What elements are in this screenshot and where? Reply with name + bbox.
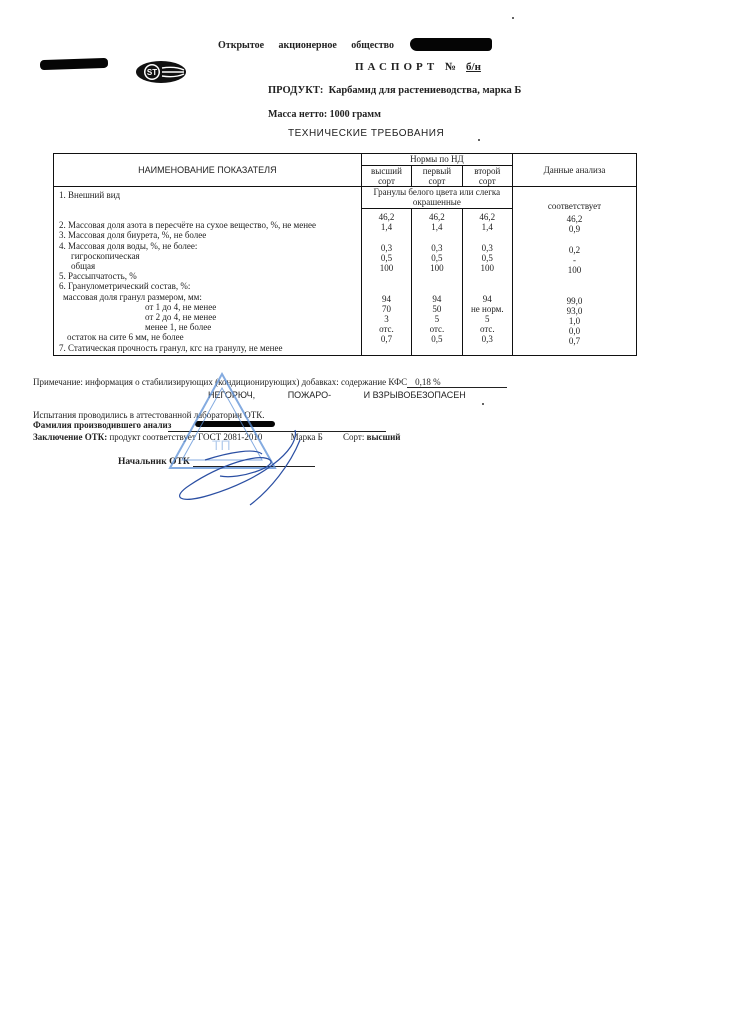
grade2-value: отс. [412, 324, 461, 334]
analysis-value: 46,2 [513, 214, 636, 224]
col-header-norms: Нормы по НД [361, 154, 512, 166]
grade2-value: 0,3 [412, 243, 461, 253]
grade-name: второй [463, 166, 512, 176]
grade1-value [362, 232, 411, 242]
scan-speck [482, 403, 484, 405]
indicator-label: 6. Гранулометрический состав, %: [59, 281, 361, 291]
grade2-value [412, 232, 461, 242]
grade2-value: 1,4 [412, 222, 461, 232]
grade3-value [463, 283, 512, 293]
grade2-value [412, 283, 461, 293]
safety-warning: НЕГОРЮЧ, ПОЖАРО- И ВЗРЫВОБЕЗОПАСЕН [208, 390, 496, 400]
grade-word: сорт [412, 176, 461, 186]
appearance-norm: Гранулы белого цвета или слегка окрашенн… [361, 187, 512, 209]
analysis-value: 93,0 [513, 306, 636, 316]
spacer [59, 200, 361, 220]
section-title: ТЕХНИЧЕСКИЕ ТРЕБОВАНИЯ [288, 128, 444, 139]
note-label: Примечание: информация о стабилизирующих… [33, 377, 407, 387]
grade-word: сорт [463, 176, 512, 186]
tested-text: Испытания проводились в аттестованной ла… [33, 410, 264, 420]
col-header-indicator: НАИМЕНОВАНИЕ ПОКАЗАТЕЛЯ [54, 154, 362, 187]
grade2-value: 0,5 [412, 334, 461, 344]
analyst-label: Фамилия производившего анализ [33, 420, 171, 430]
product-line: ПРОДУКТ: Карбамид для растениеводства, м… [268, 85, 521, 96]
analysis-value [513, 235, 636, 245]
grade1-value: 3 [362, 314, 411, 324]
grade3-value: 100 [463, 263, 512, 273]
col-header-analysis: Данные анализа [512, 154, 636, 187]
indicator-list: 2. Массовая доля азота в пересчёте на су… [59, 220, 361, 353]
grade1-value: 100 [362, 263, 411, 273]
grade-second-values: 46,21,40,30,510094не норм.5отс.0,3 [462, 209, 512, 356]
col-header-grade-top: высшийсорт [361, 166, 411, 187]
indicator-label: 3. Массовая доля биурета, %, не более [59, 230, 361, 240]
grade3-value: 46,2 [463, 212, 512, 222]
chief-label: Начальник ОТК [118, 457, 190, 467]
net-mass: Масса нетто: 1000 грамм [268, 109, 381, 120]
grade1-value: 94 [362, 294, 411, 304]
grade3-value [463, 273, 512, 283]
logo-text: ST [147, 68, 157, 77]
grade2-value: 50 [412, 304, 461, 314]
grade1-value: отс. [362, 324, 411, 334]
passport-label: ПАСПОРТ № [355, 61, 460, 73]
product-name: Карбамид для растениеводства, марка Б [329, 85, 522, 96]
product-label: ПРОДУКТ: [268, 85, 323, 96]
grade-name: высший [362, 166, 411, 176]
analysis-value: 1,0 [513, 316, 636, 326]
analysis-value: 99,0 [513, 296, 636, 306]
grade3-value [463, 232, 512, 242]
grade2-value: 0,5 [412, 253, 461, 263]
grade3-value: 94 [463, 294, 512, 304]
grade2-value: 46,2 [412, 212, 461, 222]
grade3-value: отс. [463, 324, 512, 334]
grade2-value [412, 273, 461, 283]
indicator-label: менее 1, не более [59, 322, 361, 332]
grade3-value: 0,5 [463, 253, 512, 263]
indicator-names-cell: 1. Внешний вид 2. Массовая доля азота в … [54, 187, 362, 356]
indicator-label: массовая доля гранул размером, мм: [59, 292, 361, 302]
grade3-value: не норм. [463, 304, 512, 314]
warning-part: НЕГОРЮЧ, [208, 390, 255, 400]
redacted-company-name [410, 38, 492, 51]
indicator-label: общая [59, 261, 361, 271]
analysis-values-cell: соответствует 46,20,90,2-10099,093,01,00… [512, 187, 636, 356]
grade2-value: 100 [412, 263, 461, 273]
grade2-value: 5 [412, 314, 461, 324]
warning-part: ПОЖАРО- [288, 390, 331, 400]
col-header-grade-first: первыйсорт [412, 166, 462, 187]
grade-top-values: 46,21,40,30,510094703отс.0,7 [361, 209, 411, 356]
grade-first-values: 46,21,40,30,510094505отс.0,5 [412, 209, 462, 356]
scan-speck [478, 139, 480, 141]
indicator-label: от 1 до 4, не менее [59, 302, 361, 312]
redacted-analyst-name [195, 421, 275, 427]
analysis-value: 100 [513, 265, 636, 275]
analysis-value [513, 286, 636, 296]
grade1-value [362, 283, 411, 293]
company-name: Открытое акционерное общество [218, 40, 394, 51]
scan-speck [512, 17, 514, 19]
indicator-label: 5. Рассыпчатость, % [59, 271, 361, 281]
grade1-value: 70 [362, 304, 411, 314]
grade1-value: 0,5 [362, 253, 411, 263]
grade1-value: 0,7 [362, 334, 411, 344]
conclusion-label: Заключение ОТК: [33, 432, 107, 442]
grade2-value: 94 [412, 294, 461, 304]
analysis-value: - [513, 255, 636, 265]
grade3-value: 0,3 [463, 243, 512, 253]
grade3-value: 5 [463, 314, 512, 324]
analysis-value: 0,0 [513, 326, 636, 336]
spec-table: НАИМЕНОВАНИЕ ПОКАЗАТЕЛЯ Нормы по НД Данн… [53, 153, 637, 356]
analysis-value: 0,9 [513, 224, 636, 234]
conclusion-grade-value: высший [367, 432, 401, 442]
conclusion-text: продукт соответствует ГОСТ 2081-2010 [109, 432, 262, 442]
passport-title: ПАСПОРТ №б/н [355, 61, 481, 73]
appearance-analysis: соответствует [513, 193, 636, 211]
additives-note: Примечание: информация о стабилизирующих… [33, 377, 507, 388]
col-header-grade-second: второйсорт [462, 166, 512, 187]
analysis-list: 46,20,90,2-10099,093,01,00,00,7 [513, 211, 636, 348]
grade1-value: 46,2 [362, 212, 411, 222]
grade1-value: 0,3 [362, 243, 411, 253]
note-value: 0,18 % [407, 377, 507, 388]
passport-number: б/н [466, 61, 481, 73]
st-logo-icon: ST [135, 60, 187, 84]
grade1-value: 1,4 [362, 222, 411, 232]
grade3-value: 0,3 [463, 334, 512, 344]
indicator-label: от 2 до 4, не менее [59, 312, 361, 322]
analysis-value [513, 275, 636, 285]
indicator-label: 4. Массовая доля воды, %, не более: [59, 241, 361, 251]
indicator-label: остаток на сите 6 мм, не более [59, 332, 361, 342]
indicator-label: 2. Массовая доля азота в пересчёте на су… [59, 220, 361, 230]
appearance-label: 1. Внешний вид [59, 190, 361, 200]
grade1-value [362, 273, 411, 283]
warning-part: И ВЗРЫВОБЕЗОПАСЕН [364, 390, 466, 400]
grade-name: первый [412, 166, 461, 176]
conclusion-brand: Марка Б [291, 432, 323, 442]
analysis-value: 0,7 [513, 336, 636, 346]
chief-signature-line [193, 466, 315, 467]
grade3-value: 1,4 [463, 222, 512, 232]
redacted-left-mark [40, 58, 108, 70]
indicator-label: 7. Статическая прочность гранул, кгс на … [59, 343, 361, 353]
conclusion-grade-label: Сорт: [343, 432, 364, 442]
grade-word: сорт [362, 176, 411, 186]
qc-conclusion: Заключение ОТК: продукт соответствует ГО… [33, 432, 400, 442]
analysis-value: 0,2 [513, 245, 636, 255]
indicator-label: гигроскопическая [59, 251, 361, 261]
